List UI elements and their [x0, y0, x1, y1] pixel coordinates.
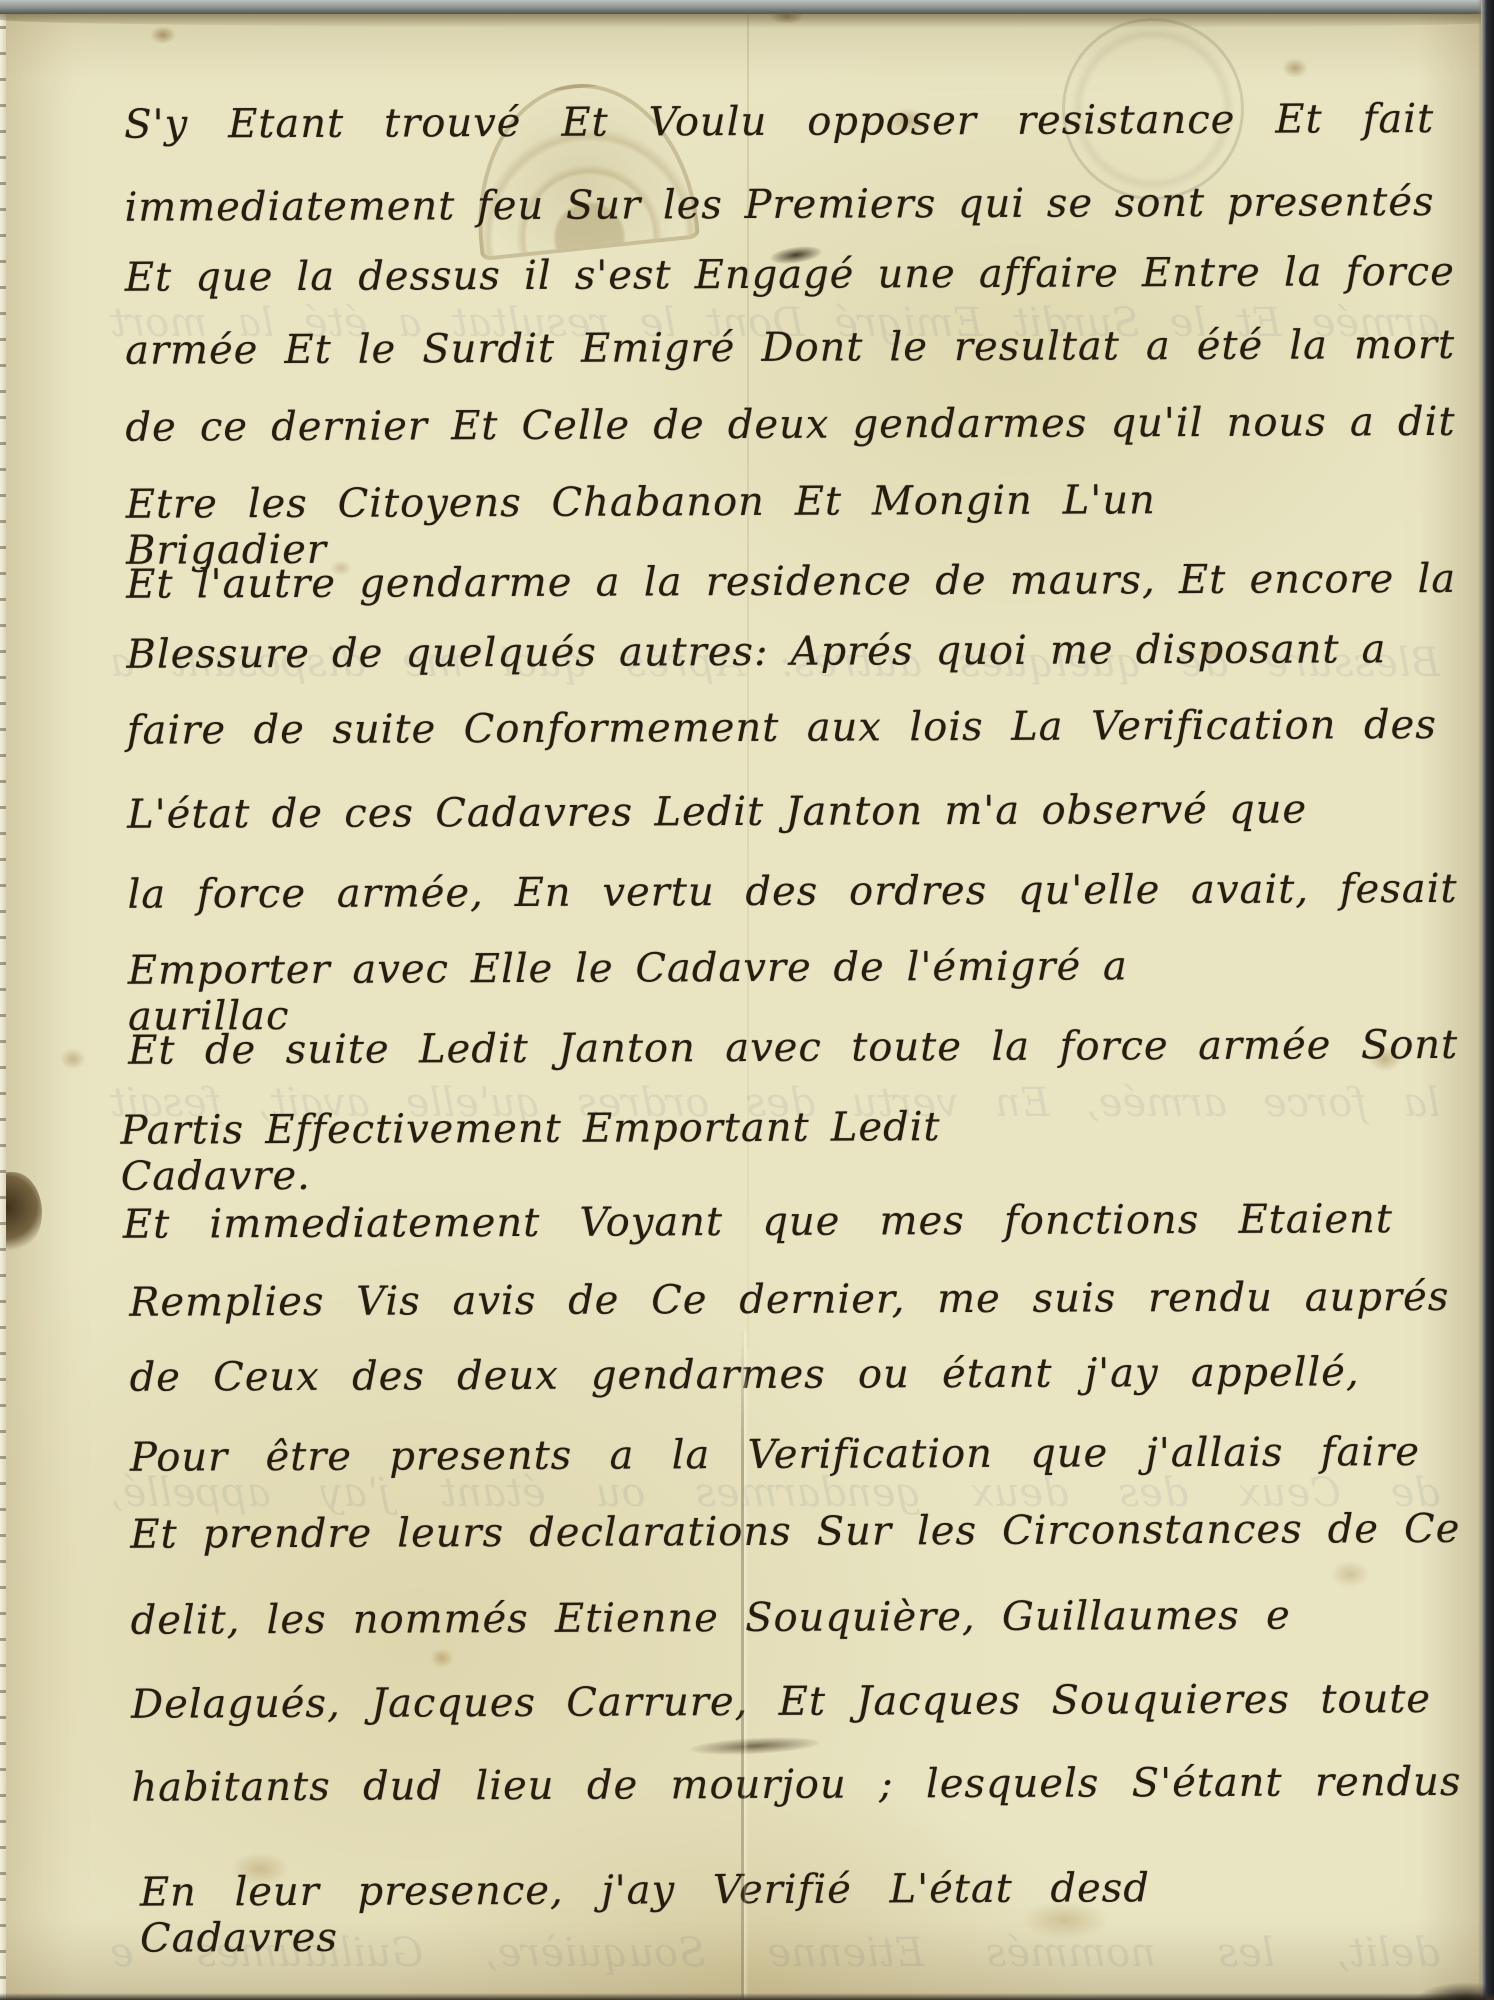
manuscript-page: armée Et le Surdit Emigré Dont le result… — [0, 0, 1494, 2000]
manuscript-line: faire de suite Conformement aux lois La … — [127, 702, 1437, 754]
manuscript-line: Et immediatement Voyant que mes fonction… — [123, 1196, 1393, 1248]
fold-crease — [747, 0, 749, 1350]
manuscript-line: la force armée, En vertu des ordres qu'e… — [127, 866, 1457, 918]
manuscript-line: delit, les nommés Etienne Souquière, Gui… — [131, 1593, 1291, 1644]
manuscript-line: Delagués, Jacques Carrure, Et Jacques So… — [131, 1676, 1431, 1728]
scanner-right-edge — [1481, 0, 1494, 2000]
manuscript-line: S'y Etant trouvé Et Voulu opposer resist… — [124, 96, 1434, 148]
manuscript-line: habitants dud lieu de mourjou ; lesquels… — [131, 1759, 1461, 1811]
manuscript-line: Et prendre leurs declarations Sur les Ci… — [130, 1506, 1460, 1558]
manuscript-line: Blessure de quelqués autres: Aprés quoi … — [126, 626, 1386, 677]
scanner-top-edge — [0, 0, 1494, 14]
bottom-corner-stain — [1416, 1982, 1486, 2000]
manuscript-line: Et l'autre gendarme a la residence de ma… — [126, 556, 1456, 608]
manuscript-line: Remplies Vis avis de Ce dernier, me suis… — [129, 1274, 1449, 1326]
manuscript-line: En leur presence, j'ay Verifié L'état de… — [140, 1865, 1150, 1961]
manuscript-line: Partis Effectivement Emportant Ledit Cad… — [120, 1104, 940, 1200]
manuscript-line: armée Et le Surdit Emigré Dont le result… — [125, 322, 1455, 374]
manuscript-line: L'état de ces Cadavres Ledit Janton m'a … — [127, 787, 1307, 838]
manuscript-line: de Ceux des deux gendarmes ou étant j'ay… — [130, 1349, 1360, 1400]
manuscript-line: Pour être presents a la Verification que… — [130, 1429, 1420, 1481]
page-bottom-edge — [0, 1993, 1494, 2000]
page-left-edge — [0, 0, 6, 2000]
fold-crease — [741, 1330, 744, 2000]
manuscript-line: Et que la dessus il s'est Engagé une aff… — [125, 249, 1455, 301]
manuscript-line: Et de suite Ledit Janton avec toute la f… — [128, 1022, 1458, 1074]
manuscript-line: immediatement feu Sur les Premiers qui s… — [124, 179, 1434, 231]
manuscript-line: de ce dernier Et Celle de deux gendarmes… — [125, 399, 1455, 451]
